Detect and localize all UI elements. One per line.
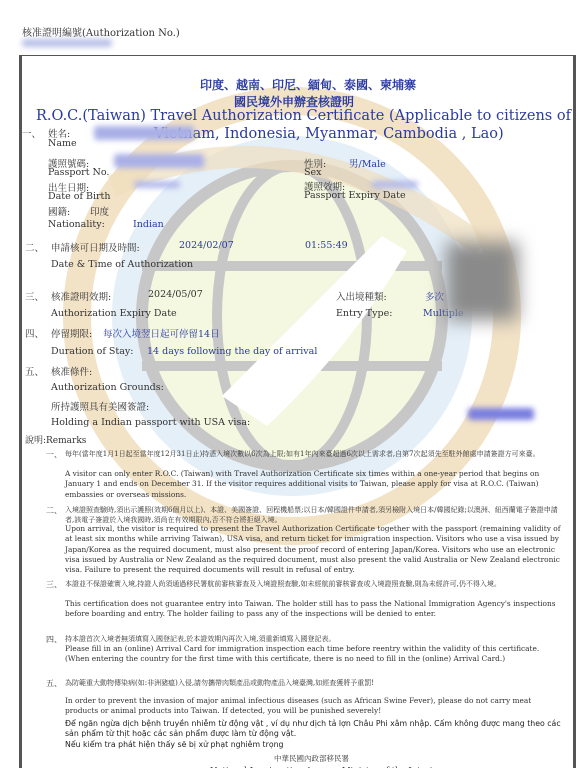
authorization-datetime-label-zh: 申請核可日期及時間: [51, 240, 140, 254]
remark2-zh: 入境證照查驗時,須出示護照(效期6個月以上)、本證、美國簽證、回程機船票;以日本… [65, 505, 562, 525]
authorization-expiry-label-en: Authorization Expiry Date [51, 308, 177, 319]
remark4-number: 四、 [46, 634, 62, 645]
authorization-no-label: 核准證明編號(Authorization No.) [22, 24, 180, 39]
duration-label-zh: 停留期限: [51, 326, 92, 340]
grounds-label-en: Authorization Grounds: [51, 382, 164, 393]
remark1-en: A visitor can only enter R.O.C. (Taiwan)… [65, 469, 562, 500]
remark5-vi: Để ngăn ngừa dịch bệnh truyền nhiễm từ đ… [65, 719, 565, 739]
entry-type-value-zh: 多次 [425, 289, 444, 303]
nationality-value: Indian [133, 219, 164, 230]
agency-name-zh: 中華民國內政部移民署 [274, 753, 349, 764]
authorization-expiry-value: 2024/05/07 [148, 289, 203, 300]
dob-value-redacted [134, 181, 180, 188]
remark3-zh: 本證並不保證確實入境,持證人尚須通過移民署航前審核審查及入境證照查驗,如未經航前… [65, 579, 562, 589]
sex-label-en: Sex [304, 167, 322, 178]
remark5-number: 五、 [46, 678, 62, 689]
entry-type-label-en: Entry Type: [336, 308, 392, 319]
name-value-redacted [94, 126, 194, 140]
remark4-en: Please fill in an (online) Arrival Card … [65, 644, 562, 665]
duration-value-en: 14 days following the day of arrival [147, 346, 317, 357]
authorization-date-value: 2024/02/07 [179, 240, 234, 251]
passport-expiry-label-en: Passport Expiry Date [304, 190, 406, 201]
entry-type-label-zh: 入出境種類: [336, 289, 387, 303]
passport-no-value-redacted [114, 154, 204, 168]
nationality-label-en: Nationality: [48, 219, 105, 230]
section3-number: 三、 [25, 289, 44, 303]
grounds-detail-zh: 所持護照具有美國簽證: [51, 399, 149, 413]
section1-number: 一、 [22, 126, 41, 140]
dob-label-en: Date of Birth [48, 191, 111, 202]
grounds-detail-en: Holding a Indian passport with USA visa: [51, 417, 250, 428]
passport-no-label-en: Passport No. [48, 167, 109, 178]
authorization-no-redacted [22, 39, 112, 47]
authorization-expiry-label-zh: 核准證明效期: [51, 289, 111, 303]
duration-value-zh: 每次入境翌日起可停留14日 [103, 326, 220, 340]
remark3-en: This certification does not guarantee en… [65, 599, 562, 620]
nationality-label-zh: 國籍: [48, 204, 70, 218]
remark1-number: 一、 [46, 449, 62, 460]
passport-expiry-value-redacted [372, 181, 418, 188]
remark1-zh: 每年(當年度1月1日起至當年度12月31日止)持憑入境次數以6次為上限;如有1年… [65, 449, 562, 459]
remark2-en: Upon arrival, the visitor is required to… [65, 524, 562, 575]
remark2-number: 二、 [46, 505, 62, 516]
name-label-en: Name [48, 138, 77, 149]
title-line2-en: Vietnam, Indonesia, Myanmar, Cambodia , … [154, 126, 504, 142]
remark4-zh: 持本證首次入境者無須填寫入國登記表,於本證效期內再次入境,須重新填寫入國登記表。 [65, 634, 562, 644]
title-countries-zh: 印度、越南、印尼、緬甸、泰國、柬埔寨 [200, 76, 416, 93]
section4-number: 四、 [25, 326, 44, 340]
title-line1-en: R.O.C.(Taiwan) Travel Authorization Cert… [36, 108, 576, 124]
remark5-vi-2: Nếu kiểm tra phát hiện thấy sẽ bị xử phạ… [65, 740, 283, 750]
remark5-en: In order to prevent the invasion of majo… [65, 696, 562, 717]
remarks-label: 說明:Remarks [25, 433, 86, 446]
remark3-number: 三、 [46, 579, 62, 590]
authorization-time-value: 01:55:49 [305, 240, 348, 251]
duration-label-en: Duration of Stay: [51, 346, 133, 357]
grounds-label-zh: 核准條件: [51, 364, 92, 378]
section5-number: 五、 [25, 364, 44, 378]
sex-value: 男/Male [349, 156, 386, 170]
applicant-photo-redacted [446, 242, 518, 320]
authorization-datetime-label-en: Date & Time of Authorization [51, 259, 193, 270]
section2-number: 二、 [25, 240, 44, 254]
nationality-value-zh: 印度 [90, 204, 109, 218]
remark5-zh: 為防範重大動物傳染病(如:非洲豬瘟)入侵,請勿攜帶肉類產品或動物產品入境臺灣,如… [65, 678, 562, 688]
certificate-frame: 印度、越南、印尼、緬甸、泰國、柬埔寨 國民境外申辦查核證明 R.O.C.(Tai… [19, 55, 576, 768]
grounds-value-redacted [468, 408, 534, 420]
